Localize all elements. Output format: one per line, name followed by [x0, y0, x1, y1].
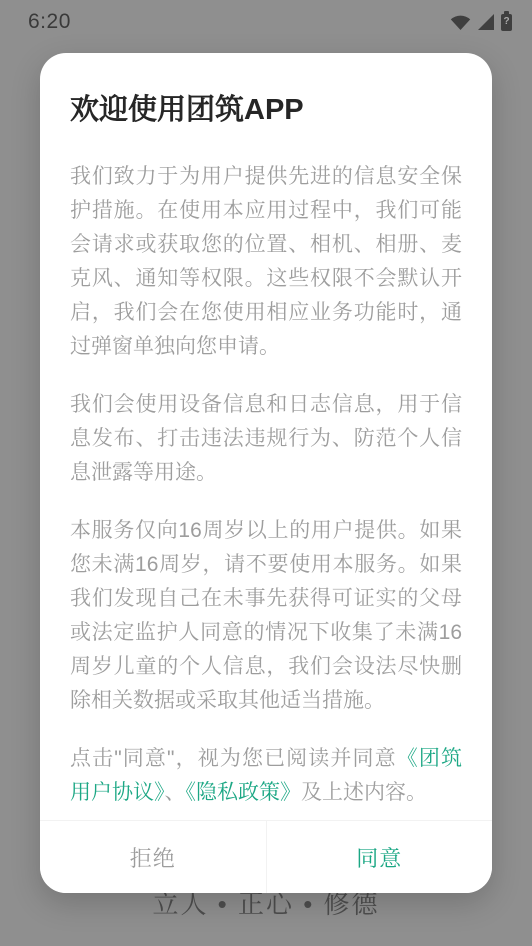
- privacy-paragraph-age-limit: 本服务仅向16周岁以上的用户提供。如果您未满16周岁，请不要使用本服务。如果我们…: [70, 514, 462, 718]
- privacy-paragraph-permissions: 我们致力于为用户提供先进的信息安全保护措施。在使用本应用过程中，我们可能会请求或…: [70, 160, 462, 364]
- battery-icon: ?: [501, 14, 512, 31]
- phone-screen: 6:20 ? 立人 • 正心 • 修德 欢迎使用团筑APP 我们致力于为用户提供…: [0, 0, 532, 946]
- reject-button[interactable]: 拒绝: [40, 821, 267, 893]
- privacy-paragraph-device-info: 我们会使用设备信息和日志信息，用于信息发布、打击违法违规行为、防范个人信息泄露等…: [70, 388, 462, 490]
- wifi-icon: [450, 14, 471, 31]
- agree-button[interactable]: 同意: [267, 821, 493, 893]
- agreement-prefix-text: 点击"同意"，视为您已阅读并同意: [70, 747, 397, 770]
- privacy-policy-link[interactable]: 《隐私政策》: [186, 781, 302, 804]
- agreement-suffix-text: 及上述内容。: [301, 781, 427, 804]
- agreement-paragraph: 点击"同意"，视为您已阅读并同意《团筑用户协议》、《隐私政策》及上述内容。: [70, 742, 462, 810]
- privacy-consent-dialog: 欢迎使用团筑APP 我们致力于为用户提供先进的信息安全保护措施。在使用本应用过程…: [40, 53, 492, 893]
- status-icons: ?: [450, 14, 512, 31]
- dialog-content: 欢迎使用团筑APP 我们致力于为用户提供先进的信息安全保护措施。在使用本应用过程…: [40, 53, 492, 810]
- battery-unknown-glyph: ?: [503, 17, 509, 27]
- cellular-signal-icon: [477, 14, 495, 31]
- dialog-title: 欢迎使用团筑APP: [70, 93, 462, 127]
- agreement-separator-text: 、: [165, 781, 186, 804]
- status-bar: 6:20 ?: [0, 0, 532, 44]
- status-time: 6:20: [28, 10, 71, 34]
- dialog-button-row: 拒绝 同意: [40, 820, 492, 893]
